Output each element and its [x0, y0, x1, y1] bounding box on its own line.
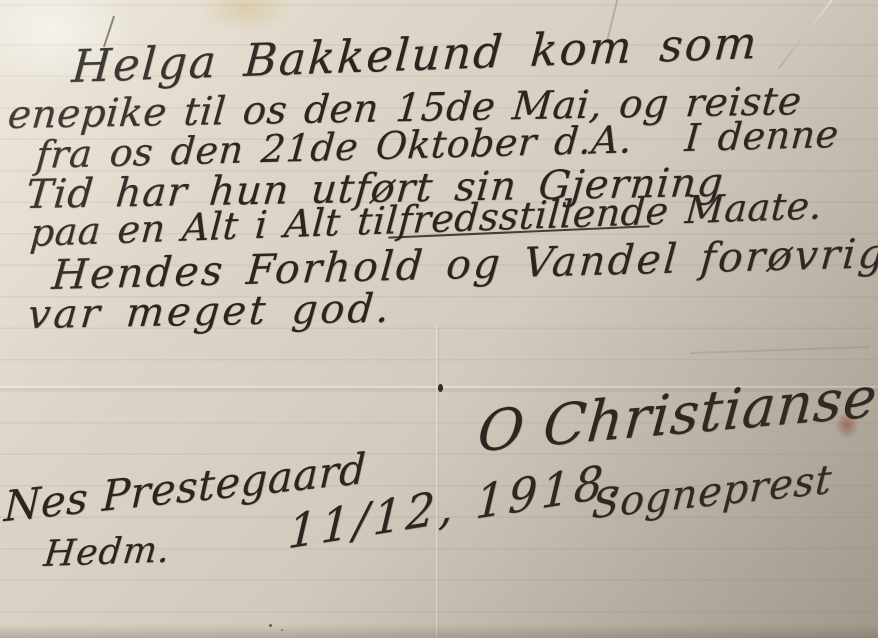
- place-line-2: Hedm.: [42, 530, 173, 576]
- bottom-edge-shadow: [0, 624, 878, 638]
- ink-dot: [438, 384, 443, 392]
- document-photo: Helga Bakkelund kom som enepike til os d…: [0, 0, 878, 638]
- handwriting-line-7: var meget god.: [26, 286, 394, 338]
